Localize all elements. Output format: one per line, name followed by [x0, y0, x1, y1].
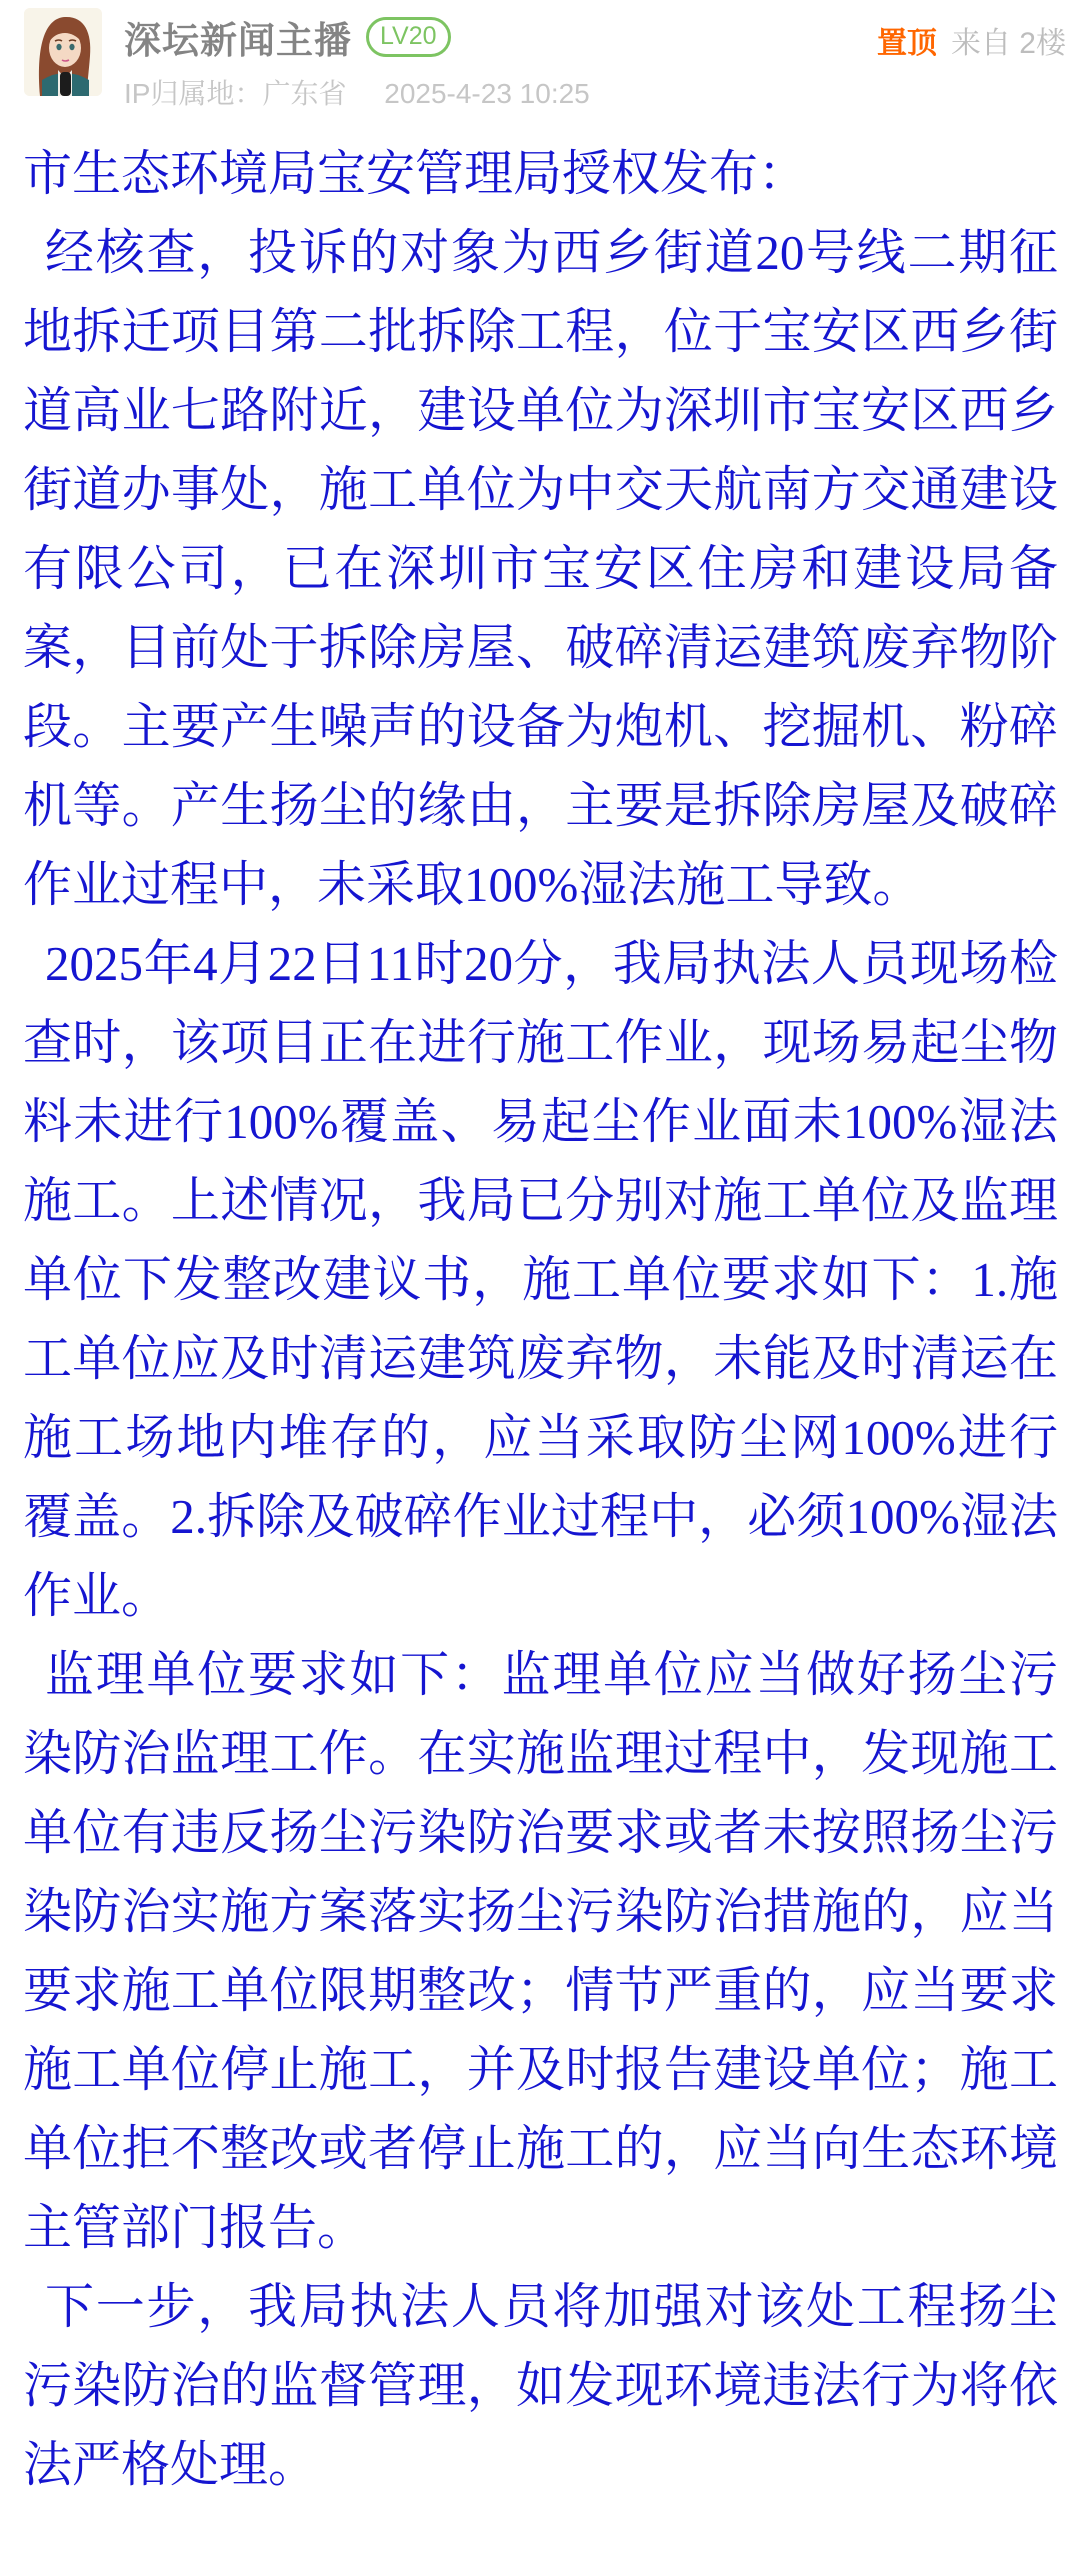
post-meta: IP归属地：广东省 2025-4-23 10:25 [124, 72, 877, 112]
username[interactable]: 深坛新闻主播 [124, 10, 352, 64]
floor-label[interactable]: 来自 2楼 [951, 18, 1066, 62]
corner-meta: 置顶 来自 2楼 [877, 18, 1066, 62]
post-paragraph: 市生态环境局宝安管理局授权发布： [23, 134, 1058, 213]
post-paragraph: 下一步，我局执法人员将加强对该处工程扬尘污染防治的监督管理，如发现环境违法行为将… [23, 2267, 1058, 2504]
post-paragraph: 监理单位要求如下：监理单位应当做好扬尘污染防治监理工作。在实施监理过程中，发现施… [23, 1635, 1058, 2267]
avatar-image [24, 8, 102, 96]
post-paragraph: 经核查，投诉的对象为西乡街道20号线二期征地拆迁项目第二批拆除工程，位于宝安区西… [23, 213, 1058, 924]
level-badge: LV20 [366, 17, 451, 57]
post-timestamp: 2025-4-23 10:25 [384, 78, 590, 109]
author-info: 深坛新闻主播 LV20 IP归属地：广东省 2025-4-23 10:25 [124, 8, 877, 112]
pinned-badge: 置顶 [877, 18, 937, 62]
post-header: 深坛新闻主播 LV20 IP归属地：广东省 2025-4-23 10:25 置顶… [0, 0, 1080, 104]
ip-location-label: IP归属地：广东省 [124, 78, 346, 109]
post-paragraph: 2025年4月22日11时20分，我局执法人员现场检查时，该项目正在进行施工作业… [23, 924, 1058, 1635]
post-content: 市生态环境局宝安管理局授权发布： 经核查，投诉的对象为西乡街道20号线二期征地拆… [0, 104, 1080, 2504]
user-avatar[interactable] [24, 8, 102, 96]
